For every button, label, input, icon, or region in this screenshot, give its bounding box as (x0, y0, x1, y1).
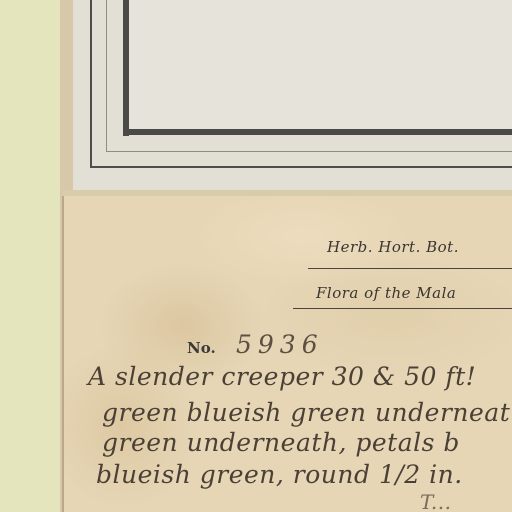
frame-inner-thick-line (123, 0, 129, 136)
frame-middle-line (106, 151, 512, 152)
header-rule (293, 308, 512, 309)
label-edge (62, 196, 64, 512)
handwritten-note-line: A slender creeper 30 & 50 ft! (88, 362, 476, 391)
background-strip (0, 0, 62, 512)
handwritten-note-line: green underneath, petals b (102, 428, 460, 457)
frame-outer-line (90, 166, 512, 168)
signature-fragment: T... (420, 490, 451, 512)
frame-outer-line (90, 0, 92, 168)
label-header-flora: Flora of the Mala (316, 284, 456, 302)
specimen-number-value: 5936 (236, 330, 324, 359)
label-header-herbarium: Herb. Hort. Bot. (327, 238, 459, 256)
card-inner-panel (129, 0, 512, 129)
header-rule (308, 268, 512, 269)
frame-inner-thick-line (123, 129, 512, 135)
frame-middle-line (106, 0, 107, 152)
specimen-number-label: No. (187, 339, 216, 357)
handwritten-note-line: blueish green, round 1/2 in. (96, 460, 463, 489)
handwritten-note-line: green blueish green underneat (102, 398, 510, 427)
